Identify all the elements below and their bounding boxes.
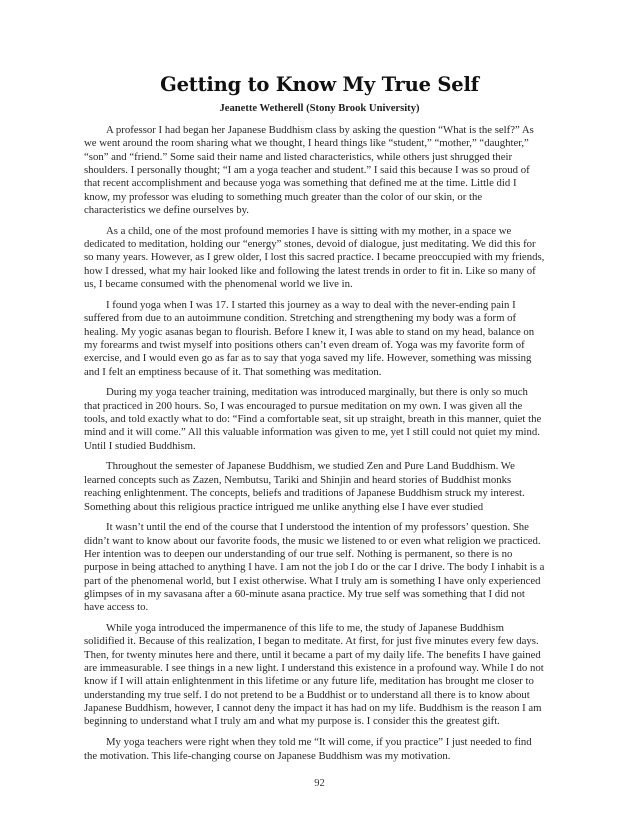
paragraph: While yoga introduced the impermanence o… [84,622,545,729]
paragraph: As a child, one of the most profound mem… [84,225,545,292]
paragraph: During my yoga teacher training, meditat… [84,386,545,453]
document-page: Getting to Know My True Self Jeanette We… [0,0,639,828]
article-title: Getting to Know My True Self [0,73,639,96]
page-number: 92 [0,778,639,789]
article-body: A professor I had began her Japanese Bud… [84,124,545,770]
paragraph: My yoga teachers were right when they to… [84,736,545,763]
author-line: Jeanette Wetherell (Stony Brook Universi… [0,103,639,114]
paragraph: Throughout the semester of Japanese Budd… [84,460,545,513]
paragraph: A professor I had began her Japanese Bud… [84,124,545,217]
paragraph: I found yoga when I was 17. I started th… [84,299,545,379]
paragraph: It wasn’t until the end of the course th… [84,521,545,614]
